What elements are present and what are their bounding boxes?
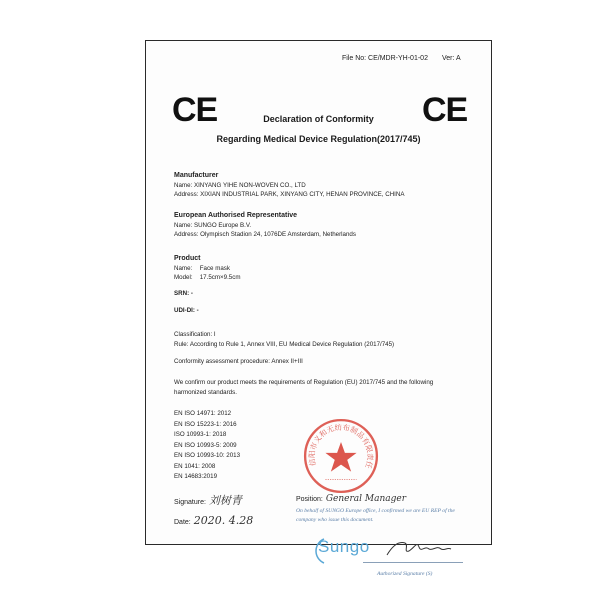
position-row: Position:General Manager (296, 494, 406, 504)
authorized-signature-icon (383, 537, 453, 559)
classification-section: Classification: I Rule: According to Rul… (174, 330, 394, 349)
position-handwriting: General Manager (326, 494, 406, 504)
signature-handwriting: 刘树青 (209, 494, 242, 507)
representative-heading: European Authorised Representative (174, 211, 356, 221)
standards-list: EN ISO 14971: 2012 EN ISO 15223-1: 2016 … (174, 409, 240, 483)
position-label: Position: (296, 496, 323, 503)
date-row: Date:2020. 4.28 (174, 514, 253, 527)
manufacturer-address: Address: XIXIAN INDUSTRIAL PARK, XINYANG… (174, 190, 404, 200)
representative-name: Name: SUNGO Europe B.V. (174, 221, 356, 231)
document-title: Declaration of Conformity (145, 114, 492, 124)
srn-field: SRN: - (174, 289, 193, 299)
product-model-row: Model: 17.5cm×9.5cm (174, 273, 241, 283)
authorized-signature-label: Authorized Signature (S) (377, 571, 432, 577)
manufacturer-name: Name: XINYANG YIHE NON-WOVEN CO., LTD (174, 181, 404, 191)
product-name-value: Face mask (200, 265, 230, 272)
file-no-text: File No: CE/MDR-YH-01-02 (342, 55, 428, 62)
eu-rep-statement: On behalf of SUNGO Europe office, I conf… (296, 507, 461, 525)
file-number: File No: CE/MDR-YH-01-02Ver: A (342, 55, 461, 62)
company-seal-icon: 信阳市义和无纺布制品有限责任公司 (302, 417, 380, 495)
product-name-label: Name: (174, 264, 198, 274)
representative-address: Address: Olympisch Stadion 24, 1076DE Am… (174, 230, 356, 240)
manufacturer-section: Manufacturer Name: XINYANG YIHE NON-WOVE… (174, 171, 404, 200)
version-text: Ver: A (442, 55, 461, 62)
product-name-row: Name: Face mask (174, 264, 241, 274)
standard-item: EN ISO 14971: 2012 (174, 409, 240, 420)
signature-label: Signature: (174, 499, 206, 506)
product-heading: Product (174, 254, 241, 264)
sungo-logo-text: Sungo (318, 537, 370, 557)
classification-value: Classification: I (174, 330, 394, 340)
document-subtitle: Regarding Medical Device Regulation(2017… (145, 134, 492, 144)
standard-item: EN ISO 10993-10: 2013 (174, 451, 240, 462)
product-section: Product Name: Face mask Model: 17.5cm×9.… (174, 254, 241, 283)
date-label: Date: (174, 519, 191, 526)
classification-rule: Rule: According to Rule 1, Annex VIII, E… (174, 340, 394, 350)
standard-item: EN ISO 10993-5: 2009 (174, 441, 240, 452)
date-handwriting: 2020. 4.28 (194, 514, 253, 527)
standard-item: EN ISO 15223-1: 2016 (174, 420, 240, 431)
product-model-value: 17.5cm×9.5cm (200, 274, 241, 281)
manufacturer-heading: Manufacturer (174, 171, 404, 181)
conformity-procedure: Conformity assessment procedure: Annex I… (174, 357, 303, 367)
representative-section: European Authorised Representative Name:… (174, 211, 356, 240)
confirmation-statement: We confirm our product meets the require… (174, 378, 459, 398)
udi-di-field: UDI-DI: - (174, 306, 199, 316)
standard-item: ISO 10993-1: 2018 (174, 430, 240, 441)
product-model-label: Model: (174, 273, 198, 283)
standard-item: EN 1041: 2008 (174, 462, 240, 473)
standard-item: EN 14683:2019 (174, 472, 240, 483)
signature-row: Signature:刘树青 (174, 492, 242, 508)
authorized-signature-line (363, 562, 463, 563)
